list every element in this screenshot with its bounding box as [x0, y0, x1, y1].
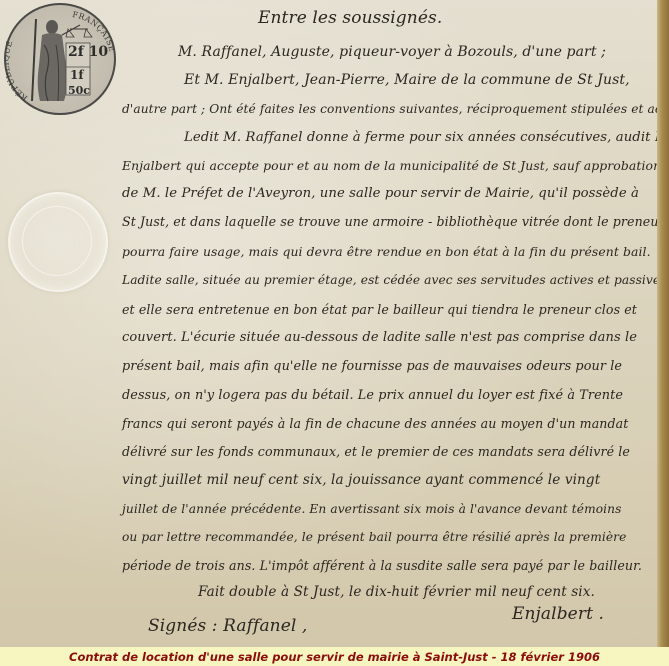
- document-line: dessus, on n'y logera pas du bétail. Le …: [122, 388, 623, 403]
- signature-raffanel: Signés : Raffanel ,: [148, 616, 307, 636]
- stamp-value-cents: 50c: [68, 85, 90, 96]
- document-line: de M. le Préfet de l'Aveyron, une salle …: [122, 186, 639, 201]
- document-line: couvert. L'écurie située au-dessous de l…: [122, 330, 637, 345]
- document-line: délivré sur les fonds communaux, et le p…: [122, 444, 630, 459]
- document-line: période de trois ans. L'impôt afférent à…: [122, 558, 642, 573]
- stamp-value-top: 2f 10: [68, 45, 108, 59]
- document-line: Enjalbert qui accepte pour et au nom de …: [122, 158, 661, 173]
- caption-bar: Contrat de location d'une salle pour ser…: [0, 647, 669, 666]
- embossed-seal: [8, 192, 108, 292]
- caption-text: Contrat de location d'une salle pour ser…: [69, 650, 600, 664]
- document-line: et elle sera entretenue en bon état par …: [122, 302, 637, 317]
- paper-edge: [657, 0, 669, 647]
- svg-text:RÉPUBLIQUE: RÉPUBLIQUE: [6, 39, 29, 103]
- document-line: St Just, et dans laquelle se trouve une …: [122, 214, 665, 229]
- fiscal-stamp: RÉPUBLIQUE FRANÇAISE 2f 10 1f 50c: [4, 3, 116, 115]
- stamp-value-bottom: 1f: [70, 69, 84, 81]
- document-line: vingt juillet mil neuf cent six, la joui…: [122, 472, 600, 488]
- document-line: juillet de l'année précédente. En averti…: [122, 502, 622, 516]
- document-line: présent bail, mais afin qu'elle ne fourn…: [122, 359, 622, 374]
- document-line: Ledit M. Raffanel donne à ferme pour six…: [184, 130, 669, 145]
- scanned-paper: RÉPUBLIQUE FRANÇAISE 2f 10 1f 50c Entre …: [0, 0, 669, 647]
- document-page: RÉPUBLIQUE FRANÇAISE 2f 10 1f 50c Entre …: [0, 0, 669, 666]
- document-line: d'autre part ; Ont été faites les conven…: [122, 102, 669, 116]
- signature-enjalbert: Enjalbert .: [512, 604, 604, 624]
- closing-line: Fait double à St Just, le dix-huit févri…: [198, 584, 595, 600]
- document-line: Ladite salle, située au premier étage, e…: [122, 273, 669, 287]
- document-line: ou par lettre recommandée, le présent ba…: [122, 530, 626, 544]
- document-line: Et M. Enjalbert, Jean-Pierre, Maire de l…: [184, 72, 630, 88]
- document-line: pourra faire usage, mais qui devra être …: [122, 244, 651, 259]
- document-title: Entre les soussignés.: [258, 8, 442, 28]
- embossed-seal-inner: [22, 206, 92, 276]
- document-line: M. Raffanel, Auguste, piqueur-voyer à Bo…: [178, 44, 606, 60]
- document-line: francs qui seront payés à la fin de chac…: [122, 416, 628, 431]
